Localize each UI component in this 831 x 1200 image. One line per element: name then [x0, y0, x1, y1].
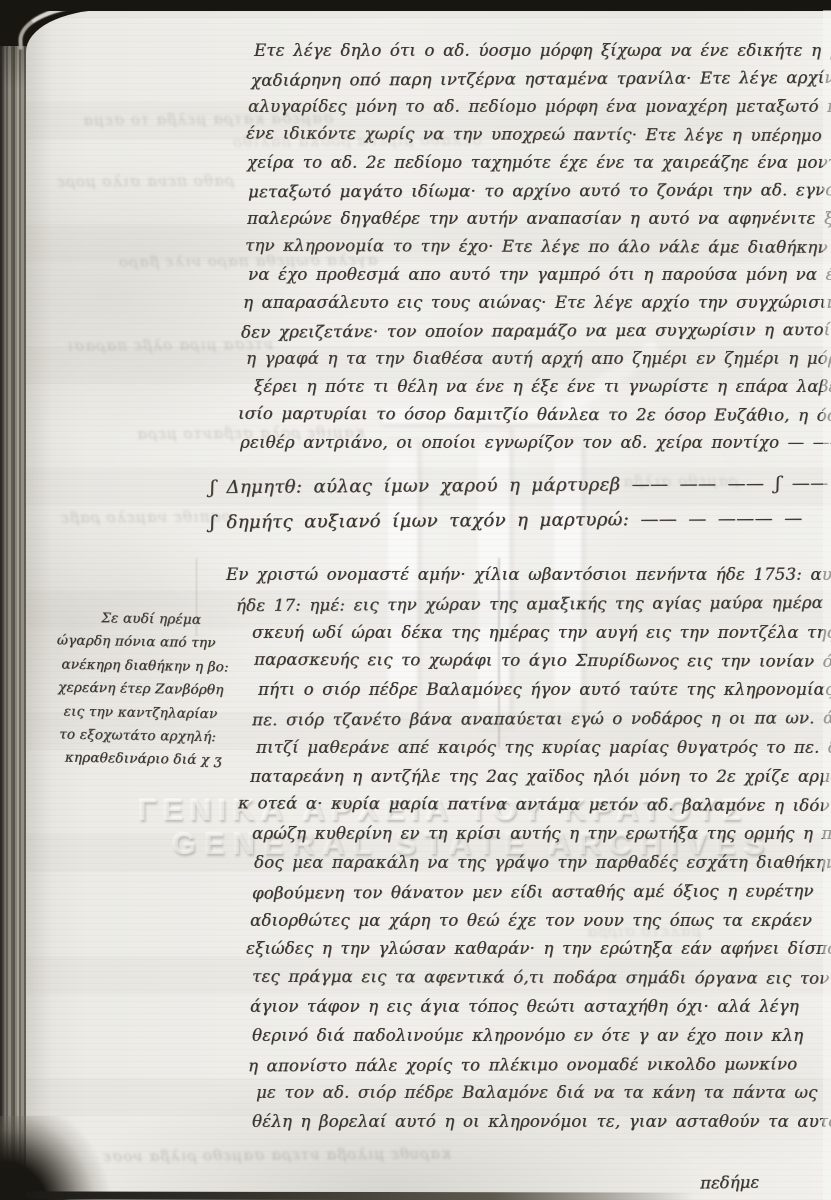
text-line: Ετε λέγε δηλο ότι ο αδ. ύοσμο μόρφη ξίχω…: [254, 37, 831, 65]
text-line: χερεάνη έτερ Ζανβόρθη: [58, 677, 236, 704]
text-line: Σε αυδί ηρέμα: [101, 607, 237, 633]
text-line: άγιον τάφον η εις άγια τόπος θεώτι ασταχ…: [250, 993, 831, 1022]
text-line: δος μεα παρακάλη να της γράψο την παρθαδ…: [254, 849, 831, 878]
text-line: πήτι ο σιόρ πέδρε Βαλαμόνες ήγον αυτό τα…: [258, 676, 831, 705]
text-line: παλερώνε δηγαθέρε την αυτήν αναπασίαν η …: [247, 205, 831, 233]
text-line: η απαρασάλευτο εις τους αιώνας· Ετε λέγε…: [243, 289, 831, 317]
text-line: χείρα το αδ. 2ε πεδίομο ταχημότε έχε ένε…: [247, 149, 831, 177]
text-line: θέλη η βορελαί αυτό η οι κληρονόμοι τε, …: [252, 1108, 831, 1137]
text-line: εις την καντζηλαρίαν: [63, 700, 235, 726]
text-line: ρειθέρ αντριάνο, οι οποίοι εγνωρίζον τον…: [240, 429, 831, 457]
text-line: Εν χριστώ ονομαστέ αμήν· χίλια ωβαντόσιο…: [226, 561, 831, 590]
text-line: ραθο πενα σιλο μορε: [56, 171, 234, 191]
text-line: ανέκηρη διαθήκην η βο:: [61, 653, 236, 679]
scan-top-border: [0, 0, 831, 11]
text-line: ʃ δημήτς αυξιανό ίμων ταχόν η μαρτυρώ: —…: [210, 501, 829, 540]
text-line: ώγαρδη πόνια από την: [57, 630, 237, 657]
text-line: αρώζη κυθερίνη εν τη κρίσι αυτής η την ε…: [252, 820, 831, 849]
text-line: παταρεάνη η αντζήλε της 2ας χαϊδος ηλόι …: [250, 763, 831, 792]
text-line: χαδιάρηνη οπό παρη ιντζέρνα ησταμένα τρα…: [251, 63, 831, 95]
text-line: φοβούμενη τον θάνατον μεν είδι ασταθής α…: [252, 876, 831, 908]
text-line: σκευή ωδί ώραι δέκα της ημέρας την αυγή …: [252, 619, 831, 648]
catchword: πεδήμε: [700, 1172, 759, 1192]
text-line: δεν χρειζετάνε· τον οποίον παραμάζο να μ…: [241, 315, 831, 346]
act-1-text-block: Ετε λέγε δηλο ότι ο αδ. ύοσμο μόρφη ξίχω…: [212, 37, 831, 457]
text-line: η απονίστο πάλε χορίς το πλέκιμο ονομαδέ…: [248, 1049, 831, 1080]
text-line: αδιορθώτες μα χάρη το θεώ έχε τον νουν τ…: [250, 907, 831, 936]
text-line: οσπιθε ναμελο ραβε: [60, 507, 231, 526]
scan-right-edge: [823, 10, 831, 1200]
text-line: ένε ιδικόντε χωρίς να την υποχρεώ παντίς…: [246, 119, 831, 150]
text-line: ʃ Δημητθ: αύλας ίμων χαρού η μάρτυρεβ ——…: [210, 466, 829, 505]
text-line: με τον αδ. σιόρ πέδρε Βαλαμόνε διά να τα…: [256, 1079, 831, 1108]
manuscript-page: σαμεδα κατρα μελβα το σεμαραθο πενα σιλο…: [26, 10, 831, 1200]
bottom-page-edge: [26, 1191, 694, 1200]
text-line: ξέρει η πότε τι θέλη να ένε η έξε ένε τι…: [254, 373, 831, 401]
text-line: αλυγαρίδες μόνη το αδ. πεδίομο μόρφη ένα…: [248, 93, 831, 121]
text-line: πε. σιόρ τζανέτο βάνα αναπαύεται εγώ ο ν…: [252, 704, 831, 735]
text-line: τες πράγμα εις τα αφεντικά ό,τι ποδάρα σ…: [252, 963, 831, 994]
text-line: μεταξωτό μαγάτο ιδίωμα· το αρχίνο αυτό τ…: [248, 176, 831, 206]
text-line: κηραθεδινάριο διά χ ʒ: [65, 747, 235, 773]
text-line: παρασκευής εις το χωράφι το άγιο Σπυρίδω…: [254, 646, 831, 677]
text-line: η γραφά η τα την διαθέσα αυτή αρχή απο ζ…: [246, 345, 831, 373]
text-line: την κληρονομία το την έχο· Ετε λέγε πο ά…: [245, 232, 831, 263]
witness-signatures: ʃ Δημητθ: αύλας ίμων χαρού η μάρτυρεβ ——…: [210, 468, 829, 538]
text-line: το εξοχωτάτο αρχηλή:: [59, 724, 235, 750]
margin-note: Σε αυδί ηρέμαώγαρδη πόνια από τηνανέκηρη…: [55, 606, 238, 773]
manuscript-scan: σαμεδα κατρα μελβα το σεμαραθο πενα σιλο…: [0, 0, 831, 1200]
text-line: θερινό διά παδολινούμε κληρονόμο εν ότε …: [252, 1022, 831, 1051]
text-line: εξιώδες η την γλώσαν καθαράν· η την ερώτ…: [246, 935, 831, 964]
text-line: να έχο προθεσμά απο αυτό την γαμπρό ότι …: [248, 261, 831, 289]
text-line: πιτζί μαθεράνε απέ καιρός της κυρίας μαρ…: [256, 734, 831, 763]
act-2-text-block: Εν χριστώ ονομαστέ αμήν· χίλια ωβαντόσιο…: [222, 561, 831, 1137]
text-line: κ οτεά α· κυρία μαρία πατίνα αντάμα μετό…: [238, 790, 831, 822]
text-line: καρυθε μιλοβα ντερα σαμεθο ριλβα νοσε: [102, 1144, 451, 1165]
text-line: ήδε 17: ημέ: εις την χώραν της αμαξικής …: [236, 588, 831, 621]
text-line: ισίο μαρτυρίαι το όσορ δαμιτζίο θάνλεα τ…: [238, 400, 831, 431]
